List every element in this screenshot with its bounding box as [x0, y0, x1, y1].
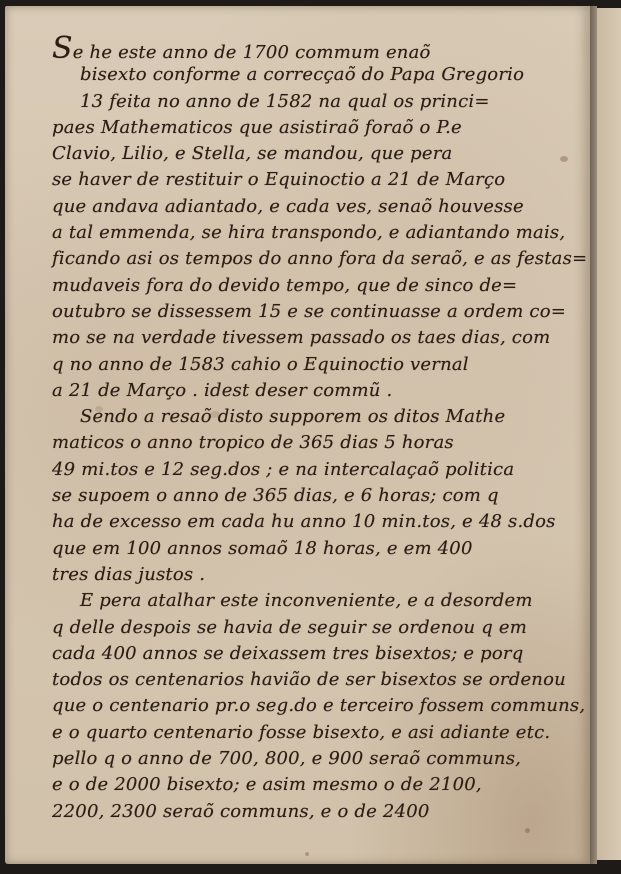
facing-page-edge [597, 8, 621, 860]
text-line: outubro se dissessem 15 e se continuasse… [52, 299, 562, 325]
text-line: mudaveis fora do devido tempo, que de si… [52, 273, 562, 299]
text-line: todos os centenarios havião de ser bisex… [52, 667, 562, 693]
text-line: se haver de restituir o Equinoctio a 21 … [52, 167, 562, 193]
text-line: a 21 de Março . idest deser commũ . [52, 378, 562, 404]
manuscript-scan: Se he este anno de 1700 commum enaõ bise… [0, 0, 621, 874]
text-line: 2200, 2300 seraõ communs, e o de 2400 [52, 799, 562, 825]
text-line: a tal emmenda, se hira transpondo, e adi… [52, 220, 562, 246]
text-line: maticos o anno tropico de 365 dias 5 hor… [52, 430, 562, 456]
text-line: Clavio, Lilio, e Stella, se mandou, que … [52, 141, 562, 167]
text-line: paes Mathematicos que asistiraõ foraõ o … [52, 115, 562, 141]
text-line: q delle despois se havia de seguir se or… [52, 615, 562, 641]
text-line: ficando asi os tempos do anno fora da se… [52, 246, 562, 272]
text-line: 13 feita no anno de 1582 na qual os prin… [52, 89, 562, 115]
text-line: 49 mi.tos e 12 seg.dos ; e na intercalaç… [52, 457, 562, 483]
text-line: cada 400 annos se deixassem tres bisexto… [52, 641, 562, 667]
text-line: que em 100 annos somaõ 18 horas, e em 40… [52, 536, 562, 562]
text-line: q no anno de 1583 cahio o Equinoctio ver… [52, 352, 562, 378]
manuscript-text: Se he este anno de 1700 commum enaõ bise… [52, 36, 562, 825]
text-line: tres dias justos . [52, 562, 562, 588]
text-line: E pera atalhar este inconveniente, e a d… [52, 588, 562, 614]
ink-stain [305, 852, 309, 856]
text-line: mo se na verdade tivessem passado os tae… [52, 325, 562, 351]
text-line: Sendo a resaõ disto supporem os ditos Ma… [52, 404, 562, 430]
text-line: Se he este anno de 1700 commum enaõ [52, 36, 562, 62]
text-line: que o centenario pr.o seg.do e terceiro … [52, 693, 562, 719]
text-line: e o de 2000 bisexto; e asim mesmo o de 2… [52, 772, 562, 798]
text-line: ha de excesso em cada hu anno 10 min.tos… [52, 509, 562, 535]
text-line: e o quarto centenario fosse bisexto, e a… [52, 720, 562, 746]
text-line: se supoem o anno de 365 dias, e 6 horas;… [52, 483, 562, 509]
ink-stain [525, 828, 530, 833]
text-line: que andava adiantado, e cada ves, senaõ … [52, 194, 562, 220]
text-line: bisexto conforme a correcçaõ do Papa Gre… [52, 62, 562, 88]
text-line: pello q o anno de 700, 800, e 900 seraõ … [52, 746, 562, 772]
